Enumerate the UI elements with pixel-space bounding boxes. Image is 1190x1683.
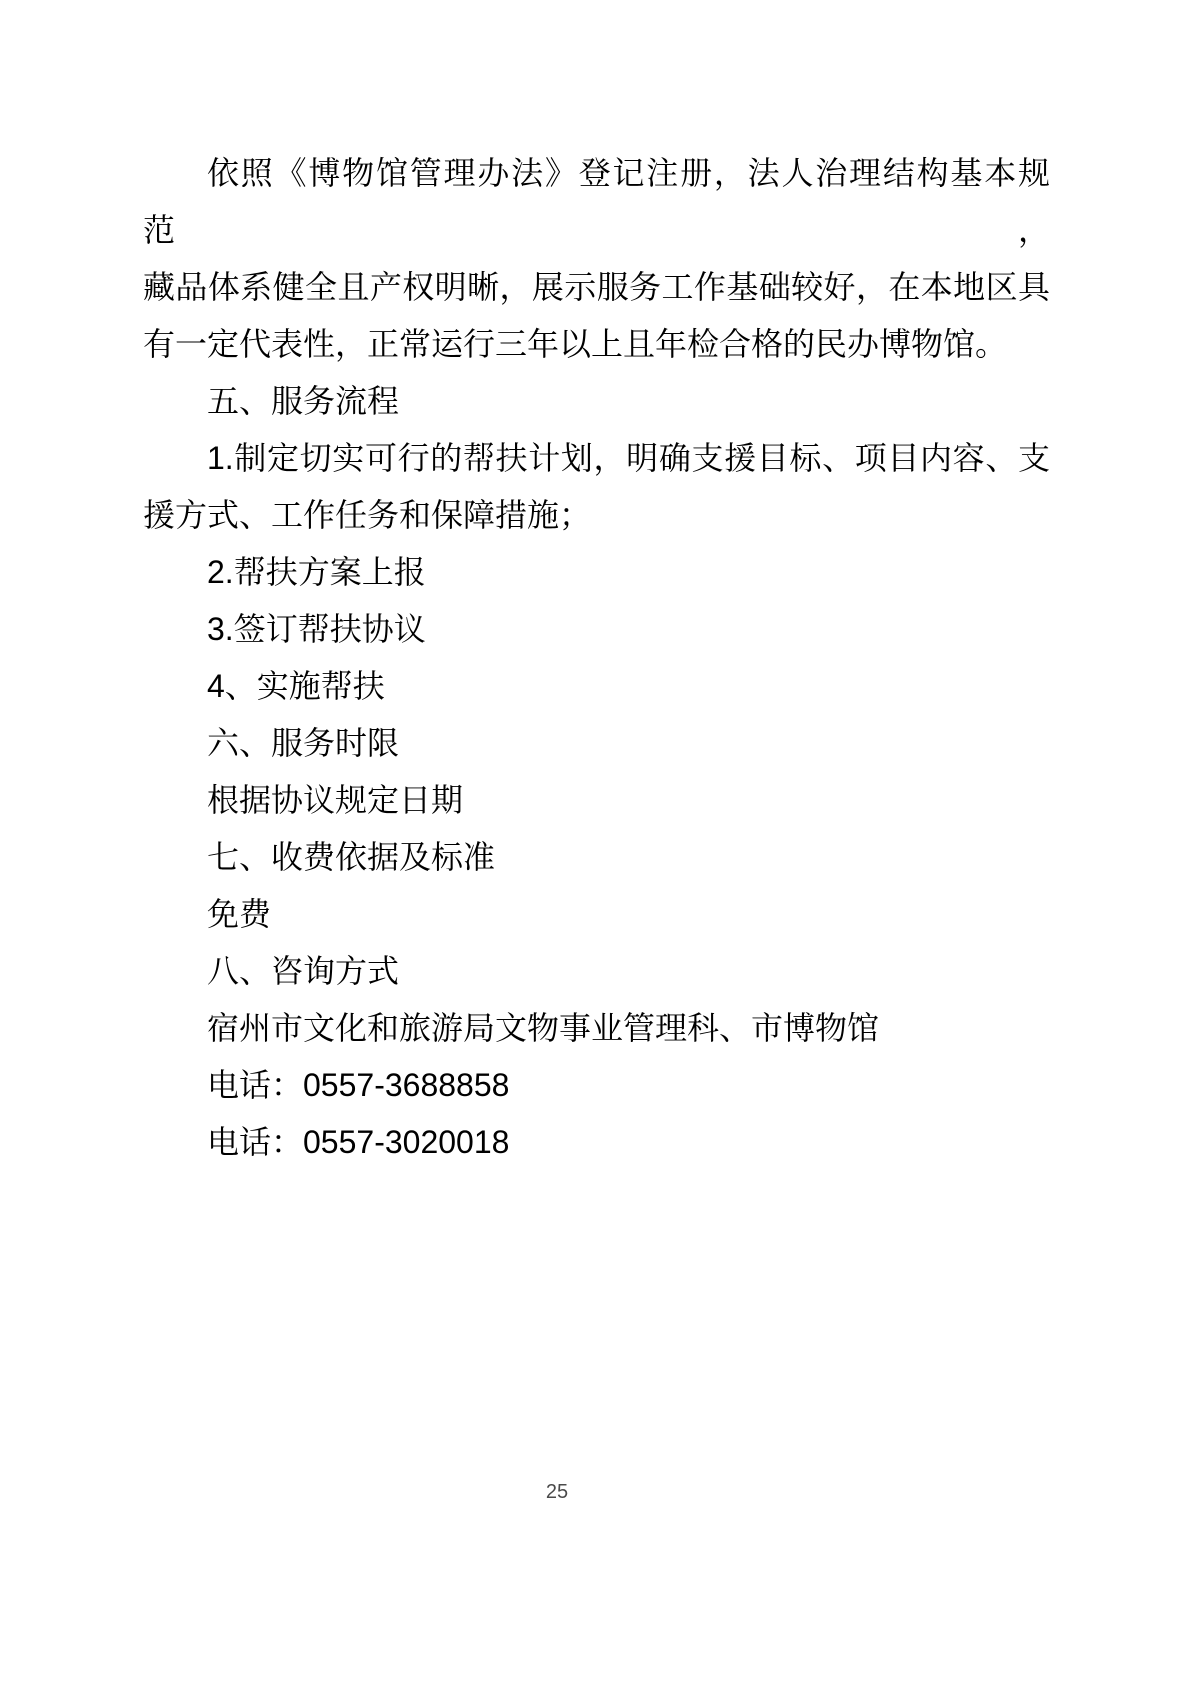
document-page: 依照《博物馆管理办法》登记注册，法人治理结构基本规范， 藏品体系健全且产权明晰，… [0, 0, 1190, 1683]
contact-phone-1: 电话：0557-3688858 [143, 1057, 1050, 1114]
step-3: 3.签订帮扶协议 [143, 601, 1050, 658]
paragraph-intro-line-1: 依照《博物馆管理办法》登记注册，法人治理结构基本规范， [143, 145, 1050, 259]
paragraph-intro-line-3: 有一定代表性，正常运行三年以上且年检合格的民办博物馆。 [143, 316, 1050, 373]
section-7-body: 免费 [143, 886, 1050, 943]
paragraph-intro-line-2: 藏品体系健全且产权明晰，展示服务工作基础较好，在本地区具 [143, 259, 1050, 316]
section-7-heading: 七、收费依据及标准 [143, 829, 1050, 886]
section-8-heading: 八、咨询方式 [143, 943, 1050, 1000]
contact-phone-2: 电话：0557-3020018 [143, 1114, 1050, 1171]
section-6-heading: 六、服务时限 [143, 715, 1050, 772]
contact-department: 宿州市文化和旅游局文物事业管理科、市博物馆 [143, 1000, 1050, 1057]
section-6-body: 根据协议规定日期 [143, 772, 1050, 829]
section-5-heading: 五、服务流程 [143, 373, 1050, 430]
step-2: 2.帮扶方案上报 [143, 544, 1050, 601]
step-4: 4、实施帮扶 [143, 658, 1050, 715]
step-1-line-2: 援方式、工作任务和保障措施； [143, 487, 1050, 544]
step-1-line-1: 1.制定切实可行的帮扶计划，明确支援目标、项目内容、支 [143, 430, 1050, 487]
document-body: 依照《博物馆管理办法》登记注册，法人治理结构基本规范， 藏品体系健全且产权明晰，… [143, 145, 1050, 1171]
page-number: 25 [0, 1481, 1114, 1503]
